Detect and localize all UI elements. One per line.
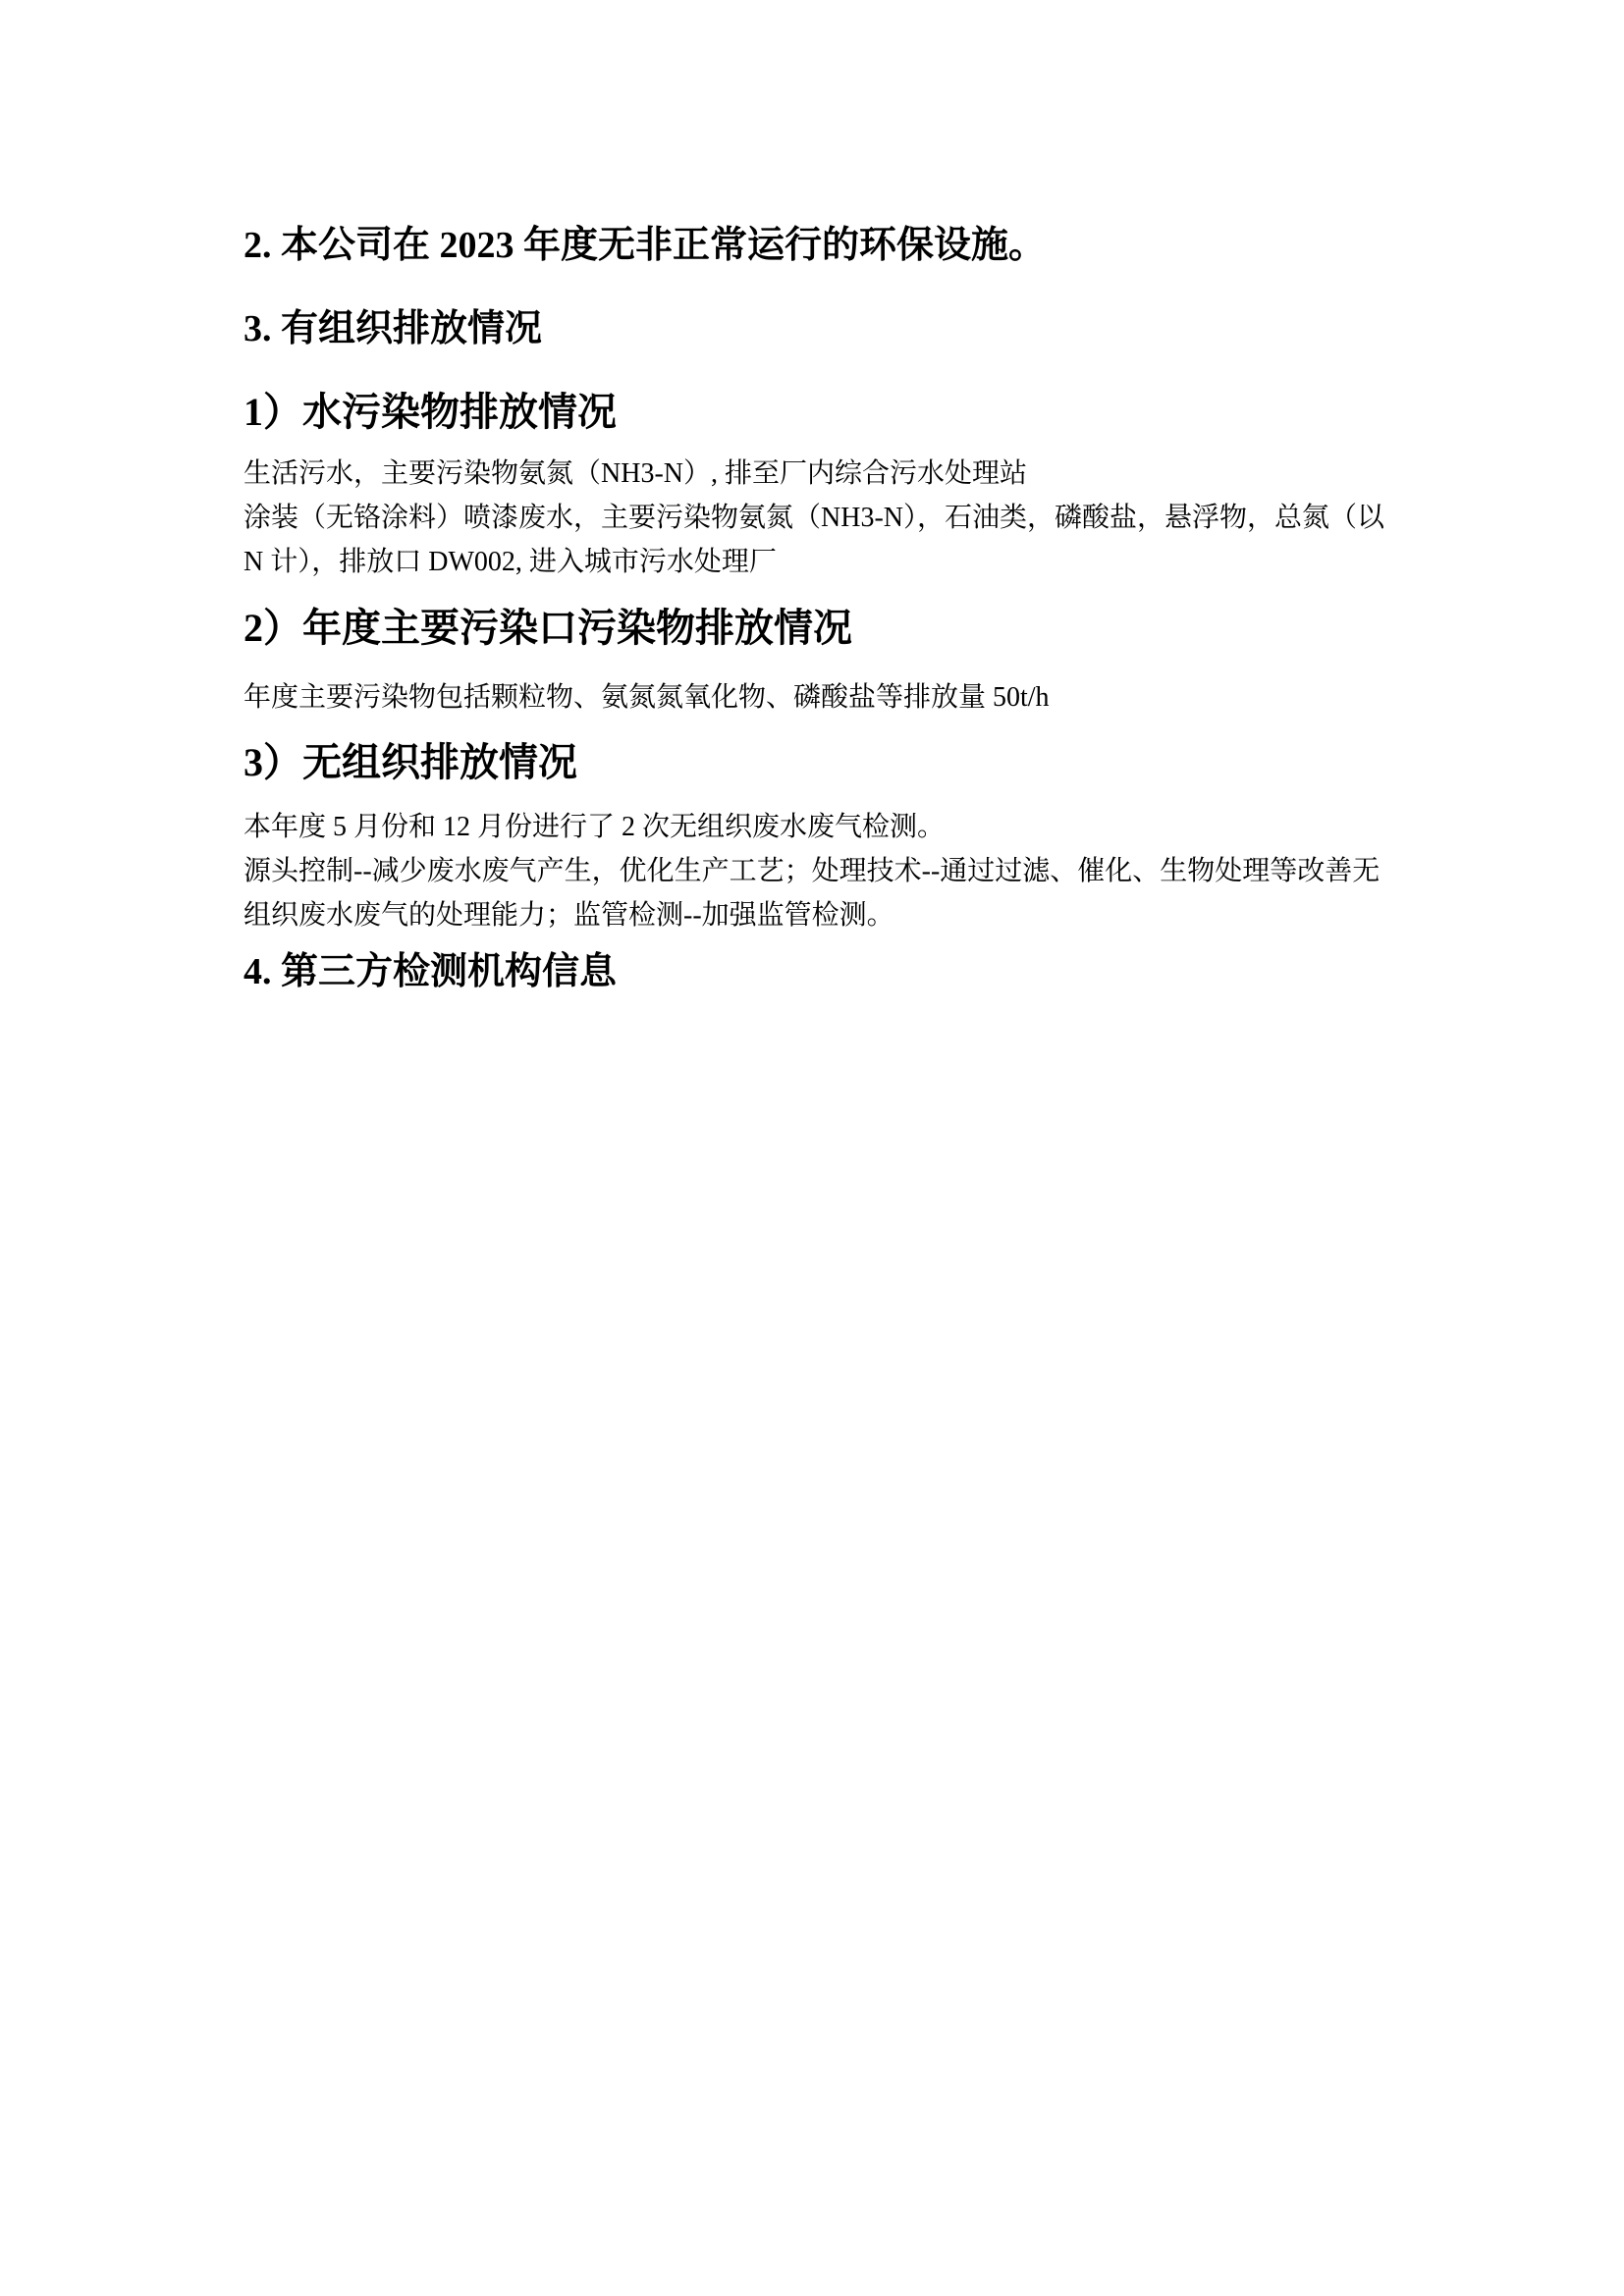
paragraph-line: 源头控制--减少废水废气产生，优化生产工艺；处理技术--通过过滤、催化、生物处理… xyxy=(244,849,1388,893)
document-content: 2. 本公司在 2023 年度无非正常运行的环保设施。 3. 有组织排放情况 1… xyxy=(0,0,1624,996)
heading-annual-outlet-emissions: 2）年度主要污染口污染物排放情况 xyxy=(244,604,1388,653)
heading-fugitive-emissions: 3）无组织排放情况 xyxy=(244,738,1388,787)
paragraph-line: 组织废水废气的处理能力；监管检测--加强监管检测。 xyxy=(244,893,1388,937)
paragraph-line: 生活污水，主要污染物氨氮（NH3-N）, 排至厂内综合污水处理站 xyxy=(244,452,1388,496)
paragraph-line: 涂装（无铬涂料）喷漆废水，主要污染物氨氮（NH3-N），石油类，磷酸盐，悬浮物，… xyxy=(244,496,1388,540)
heading-no-abnormal-operation: 2. 本公司在 2023 年度无非正常运行的环保设施。 xyxy=(244,221,1388,270)
document-page: 2. 本公司在 2023 年度无非正常运行的环保设施。 3. 有组织排放情况 1… xyxy=(0,0,1624,2296)
paragraph-water-pollutants: 生活污水，主要污染物氨氮（NH3-N）, 排至厂内综合污水处理站 涂装（无铬涂料… xyxy=(244,452,1388,584)
paragraph-line: 年度主要污染物包括颗粒物、氨氮氮氧化物、磷酸盐等排放量 50t/h xyxy=(244,675,1388,720)
paragraph-annual-pollutants: 年度主要污染物包括颗粒物、氨氮氮氧化物、磷酸盐等排放量 50t/h xyxy=(244,675,1388,720)
heading-third-party-agency: 4. 第三方检测机构信息 xyxy=(244,947,1388,996)
paragraph-fugitive-emissions: 本年度 5 月份和 12 月份进行了 2 次无组织废水废气检测。 源头控制--减… xyxy=(244,805,1388,937)
heading-water-pollutant-discharge: 1）水污染物排放情况 xyxy=(244,388,1388,437)
paragraph-line: 本年度 5 月份和 12 月份进行了 2 次无组织废水废气检测。 xyxy=(244,805,1388,849)
heading-organized-emissions: 3. 有组织排放情况 xyxy=(244,304,1388,353)
paragraph-line: N 计），排放口 DW002, 进入城市污水处理厂 xyxy=(244,540,1388,584)
